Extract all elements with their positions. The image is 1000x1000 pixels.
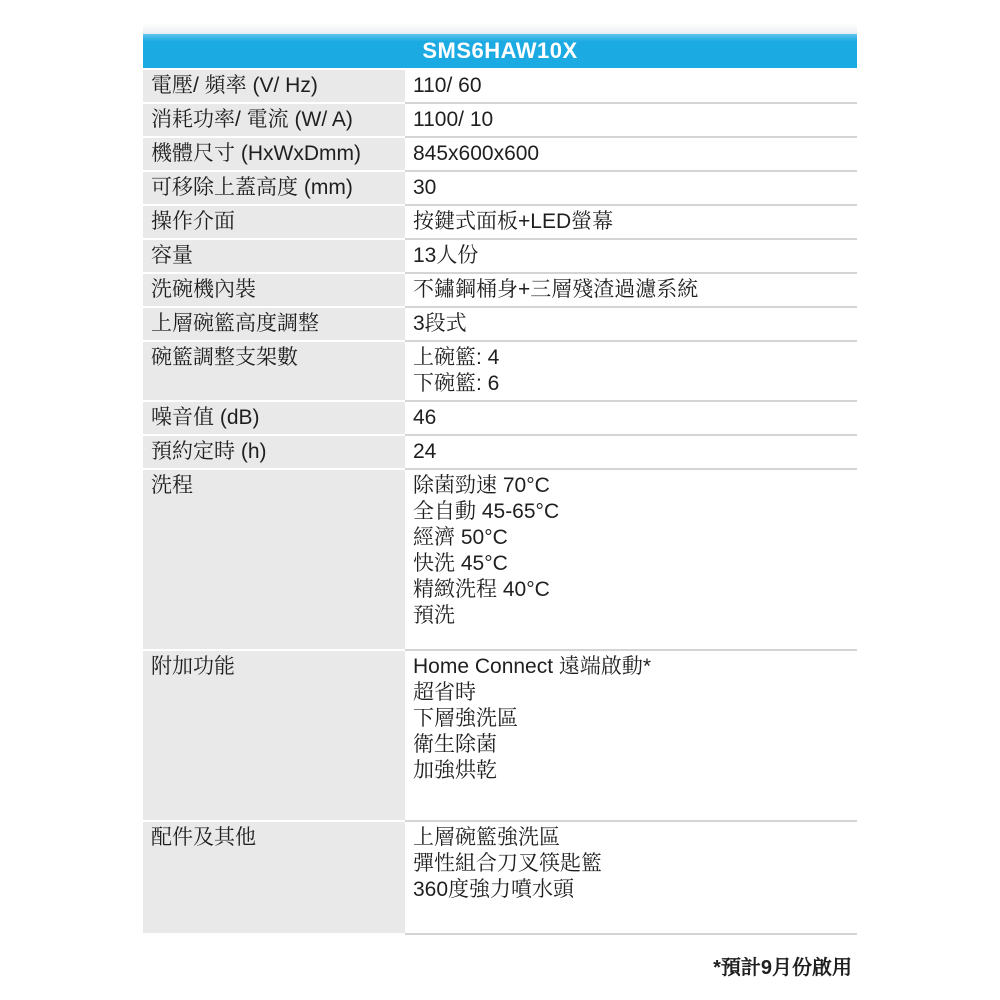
- spec-value-line: 上層碗籃強洗區: [413, 825, 849, 851]
- spec-label: 附加功能: [143, 650, 405, 821]
- spec-table-body: 電壓/ 頻率 (V/ Hz)110/ 60消耗功率/ 電流 (W/ A)1100…: [143, 69, 857, 934]
- spec-row: 噪音值 (dB)46: [143, 401, 857, 435]
- spec-value: 按鍵式面板+LED螢幕: [405, 205, 857, 239]
- spec-row: 可移除上蓋高度 (mm)30: [143, 171, 857, 205]
- spec-label: 電壓/ 頻率 (V/ Hz): [143, 69, 405, 103]
- spec-value: 不鏽鋼桶身+三層殘渣過濾系統: [405, 273, 857, 307]
- spec-row: 洗碗機內裝不鏽鋼桶身+三層殘渣過濾系統: [143, 273, 857, 307]
- spec-row: 消耗功率/ 電流 (W/ A)1100/ 10: [143, 103, 857, 137]
- spec-value-line: 經濟 50°C: [413, 525, 849, 551]
- spec-value-line: 上碗籃: 4: [413, 345, 849, 371]
- spec-value: 30: [405, 171, 857, 205]
- spec-value-line: 1100/ 10: [413, 107, 849, 133]
- spec-value-line: 按鍵式面板+LED螢幕: [413, 209, 849, 235]
- model-header: SMS6HAW10X: [143, 34, 857, 69]
- spec-label: 碗籃調整支架數: [143, 341, 405, 401]
- spec-value-line: 加強烘乾: [413, 758, 849, 784]
- spec-value-line: 除菌勁速 70°C: [413, 473, 849, 499]
- spec-label: 噪音值 (dB): [143, 401, 405, 435]
- spec-value: 上層碗籃強洗區彈性組合刀叉筷匙籃360度強力噴水頭: [405, 821, 857, 934]
- spec-row: 碗籃調整支架數上碗籃: 4下碗籃: 6: [143, 341, 857, 401]
- spec-label: 上層碗籃高度調整: [143, 307, 405, 341]
- spec-value-line: 360度強力噴水頭: [413, 877, 849, 903]
- spec-label: 配件及其他: [143, 821, 405, 934]
- spec-value: Home Connect 遠端啟動*超省時下層強洗區衛生除菌加強烘乾: [405, 650, 857, 821]
- spec-label: 容量: [143, 239, 405, 273]
- spec-value-line: 下層強洗區: [413, 706, 849, 732]
- spec-value-line: 下碗籃: 6: [413, 371, 849, 397]
- spec-value-line: 3段式: [413, 311, 849, 337]
- spec-label: 操作介面: [143, 205, 405, 239]
- spec-label: 預約定時 (h): [143, 435, 405, 469]
- spec-sheet-page: SMS6HAW10X 電壓/ 頻率 (V/ Hz)110/ 60消耗功率/ 電流…: [0, 0, 1000, 1000]
- spec-value: 13人份: [405, 239, 857, 273]
- spec-label: 洗程: [143, 469, 405, 650]
- spec-row: 附加功能Home Connect 遠端啟動*超省時下層強洗區衛生除菌加強烘乾: [143, 650, 857, 821]
- spec-value: 845x600x600: [405, 137, 857, 171]
- spec-value-line: 預洗: [413, 603, 849, 629]
- spec-value-line: Home Connect 遠端啟動*: [413, 654, 849, 680]
- spec-label: 消耗功率/ 電流 (W/ A): [143, 103, 405, 137]
- spec-row: 上層碗籃高度調整3段式: [143, 307, 857, 341]
- spec-value: 24: [405, 435, 857, 469]
- spec-table: SMS6HAW10X 電壓/ 頻率 (V/ Hz)110/ 60消耗功率/ 電流…: [143, 34, 857, 935]
- spec-value-line: 精緻洗程 40°C: [413, 577, 849, 603]
- spec-value-line: 110/ 60: [413, 73, 849, 99]
- spec-row: 機體尺寸 (HxWxDmm)845x600x600: [143, 137, 857, 171]
- spec-value-line: 快洗 45°C: [413, 551, 849, 577]
- spec-row: 容量13人份: [143, 239, 857, 273]
- spec-value-line: 845x600x600: [413, 141, 849, 167]
- spec-value-line: 全自動 45-65°C: [413, 499, 849, 525]
- spec-row: 配件及其他上層碗籃強洗區彈性組合刀叉筷匙籃360度強力噴水頭: [143, 821, 857, 934]
- spec-value-line: 衛生除菌: [413, 732, 849, 758]
- spec-value-line: 13人份: [413, 243, 849, 269]
- spec-row: 洗程除菌勁速 70°C全自動 45-65°C經濟 50°C快洗 45°C精緻洗程…: [143, 469, 857, 650]
- spec-value-line: 不鏽鋼桶身+三層殘渣過濾系統: [413, 277, 849, 303]
- spec-label: 機體尺寸 (HxWxDmm): [143, 137, 405, 171]
- spec-value-line: 彈性組合刀叉筷匙籃: [413, 851, 849, 877]
- model-header-row: SMS6HAW10X: [143, 34, 857, 69]
- spec-value-line: 46: [413, 405, 849, 431]
- spec-value: 上碗籃: 4下碗籃: 6: [405, 341, 857, 401]
- model-name: SMS6HAW10X: [422, 38, 577, 63]
- table-top-glow: [143, 23, 857, 34]
- spec-value: 110/ 60: [405, 69, 857, 103]
- spec-row: 電壓/ 頻率 (V/ Hz)110/ 60: [143, 69, 857, 103]
- spec-value-line: 24: [413, 439, 849, 465]
- spec-value: 3段式: [405, 307, 857, 341]
- spec-label: 洗碗機內裝: [143, 273, 405, 307]
- spec-value-line: 30: [413, 175, 849, 201]
- footnote: *預計9月份啟用: [713, 951, 852, 980]
- spec-label: 可移除上蓋高度 (mm): [143, 171, 405, 205]
- spec-value: 46: [405, 401, 857, 435]
- spec-row: 預約定時 (h)24: [143, 435, 857, 469]
- spec-value: 除菌勁速 70°C全自動 45-65°C經濟 50°C快洗 45°C精緻洗程 4…: [405, 469, 857, 650]
- spec-value-line: 超省時: [413, 680, 849, 706]
- spec-row: 操作介面按鍵式面板+LED螢幕: [143, 205, 857, 239]
- spec-value: 1100/ 10: [405, 103, 857, 137]
